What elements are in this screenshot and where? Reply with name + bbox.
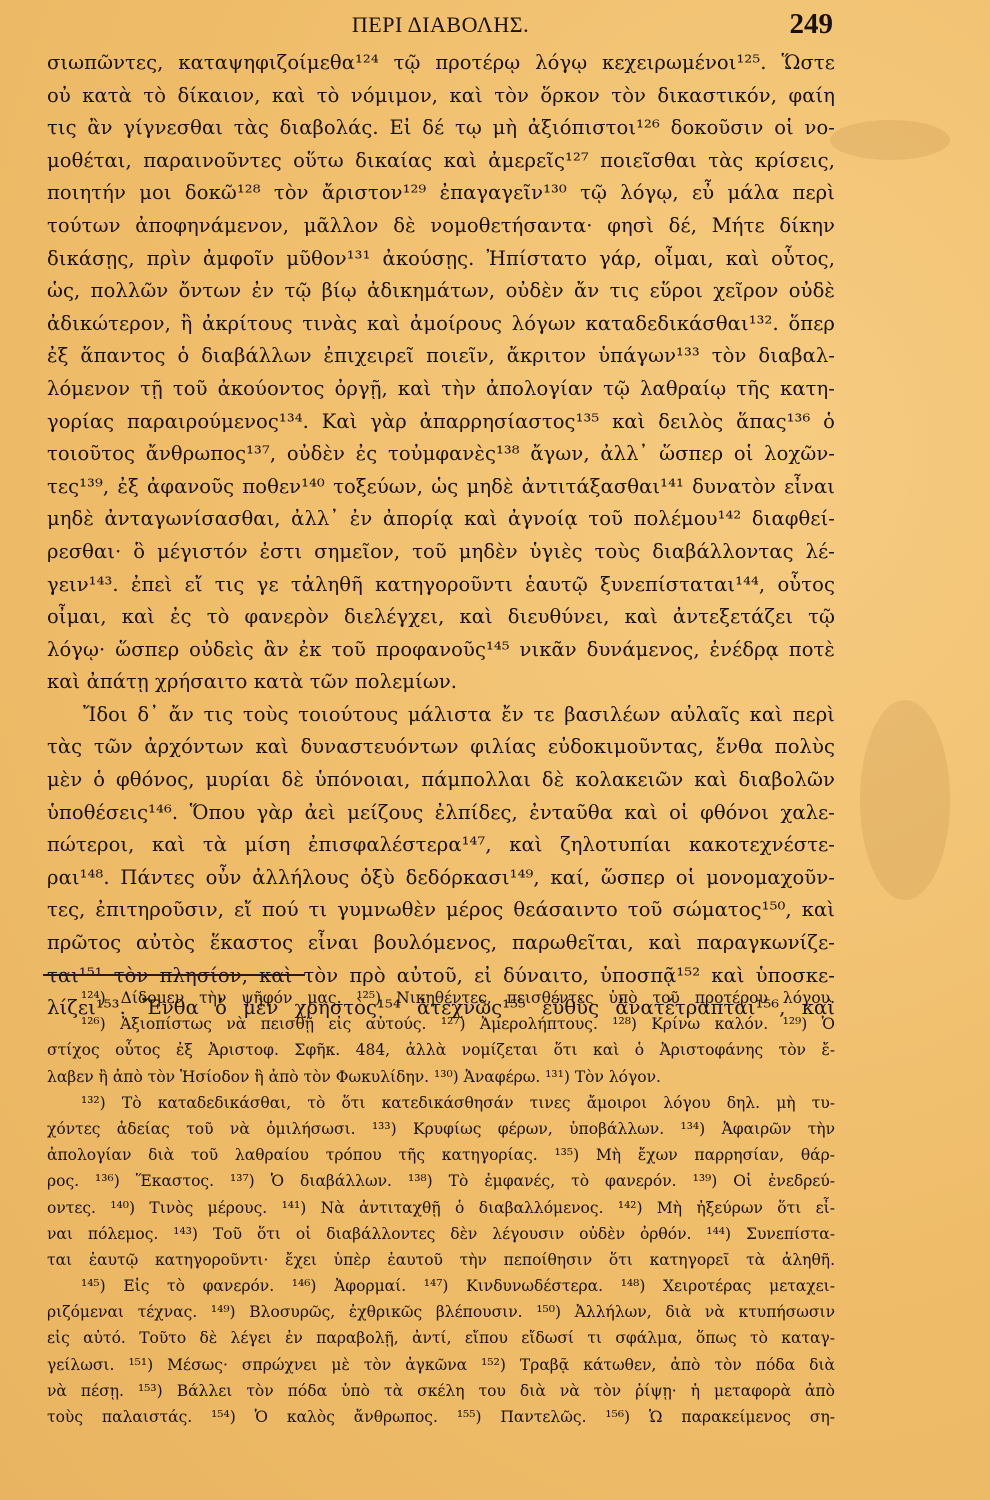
- text-line: ποιητήν μοι δοκῶ¹²⁸ τὸν ἄριστον¹²⁹ ἐπαγα…: [47, 177, 835, 210]
- text-line: οἶμαι, καὶ ἐς τὸ φανερὸν διελέγχει, καὶ …: [47, 601, 835, 634]
- text-line: σιωπῶντες, καταψηφιζοίμεθα¹²⁴ τῷ προτέρῳ…: [47, 47, 835, 80]
- main-text: σιωπῶντες, καταψηφιζοίμεθα¹²⁴ τῷ προτέρῳ…: [47, 47, 835, 1025]
- book-page: ΠΕΡΙ ΔΙΑΒΟΛΗΣ. 249 σιωπῶντες, καταψηφιζο…: [0, 0, 990, 1500]
- paper-stain: [830, 120, 950, 160]
- footnote-line: ριζόμεναι τέχνας. ¹⁴⁹) Βλοσυρῶς, ἐχθρικῶ…: [47, 1299, 835, 1325]
- footnote-line: λαβεν ἢ ἀπὸ τὸν Ἡσίοδον ἢ ἀπὸ τὸν Φωκυλί…: [47, 1064, 835, 1090]
- text-line: οὐ κατὰ τὸ δίκαιον, καὶ τὸ νόμιμον, καὶ …: [47, 80, 835, 113]
- page-header: ΠΕΡΙ ΔΙΑΒΟΛΗΣ. 249: [48, 8, 833, 44]
- text-line: ρεσθαι· ὃ μέγιστόν ἐστι σημεῖον, τοῦ μηδ…: [47, 536, 835, 569]
- text-line: ραι¹⁴⁸. Πάντες οὖν ἀλλήλους ὀξὺ δεδόρκασ…: [47, 862, 835, 895]
- footnote-line: γείλωσι. ¹⁵¹) Μέσως· σπρώχνει μὲ τὸν ἀγκ…: [47, 1352, 835, 1378]
- footnote-line: ¹²⁴) Δίδομεν τὴν ψῆφόν μας. ¹²⁵) Νικηθέν…: [47, 985, 835, 1011]
- text-line: ἐξ ἅπαντος ὁ διαβάλλων ἐπιχειρεῖ ποιεῖν,…: [47, 340, 835, 373]
- text-line: μηδὲ ἀνταγωνίσασθαι, ἀλλ᾽ ἐν ἀπορίᾳ καὶ …: [47, 503, 835, 536]
- text-line: ἀδικώτερον, ἢ ἀκρίτους τινὰς καὶ ἀμοίρου…: [47, 308, 835, 341]
- text-line: λόγῳ· ὥσπερ οὐδεὶς ἂν ἐκ τοῦ προφανοῦς¹⁴…: [47, 634, 835, 667]
- text-line: τοιοῦτος ἄνθρωπος¹³⁷, οὐδὲν ἐς τοὐμφανὲς…: [47, 438, 835, 471]
- footnote-line: τοὺς παλαιστάς. ¹⁵⁴) Ὁ καλὸς ἄνθρωπος. ¹…: [47, 1404, 835, 1430]
- text-line: γειν¹⁴³. ἐπεὶ εἴ τις γε τἀληθῆ κατηγοροῦ…: [47, 569, 835, 602]
- footnotes: ¹²⁴) Δίδομεν τὴν ψῆφόν μας. ¹²⁵) Νικηθέν…: [47, 985, 835, 1430]
- text-line: τες¹³⁹, ἐξ ἀφανοῦς ποθεν¹⁴⁰ τοξεύων, ὡς …: [47, 471, 835, 504]
- footnote-line: οντες. ¹⁴⁰) Τινὸς μέρους. ¹⁴¹) Νὰ ἀντιτα…: [47, 1195, 835, 1221]
- footnote-line: ¹²⁶) Ἀξιοπίστως νὰ πεισθῇ εἰς αὐτούς. ¹²…: [47, 1011, 835, 1037]
- footnote-line: ται ἑαυτῷ κατηγοροῦντι· ἔχει ὑπὲρ ἑαυτοῦ…: [47, 1247, 835, 1273]
- text-line: τούτων ἀποφηνάμενον, μᾶλλον δὲ νομοθετήσ…: [47, 210, 835, 243]
- footnote-line: ἀπολογίαν διὰ τοῦ λαθραίου τρόπου τῆς κα…: [47, 1142, 835, 1168]
- text-line: ὑποθέσεις¹⁴⁶. Ὅπου γὰρ ἀεὶ μείζους ἐλπίδ…: [47, 797, 835, 830]
- footnote-line: ναι πόλεμος. ¹⁴³) Τοῦ ὅτι οἱ διαβάλλοντε…: [47, 1221, 835, 1247]
- text-line: μοθέται, παραινοῦντες οὕτω δικαίας καὶ ἀ…: [47, 145, 835, 178]
- footnote-line: ρος. ¹³⁶) Ἕκαστος. ¹³⁷) Ὁ διαβάλλων. ¹³⁸…: [47, 1168, 835, 1194]
- running-title: ΠΕΡΙ ΔΙΑΒΟΛΗΣ.: [48, 12, 833, 38]
- text-line-paragraph-start: Ἴδοι δ᾽ ἄν τις τοὺς τοιούτους μάλιστα ἔν…: [47, 699, 835, 732]
- text-line: τες, ἐπιτηροῦσιν, εἴ πού τι γυμνωθὲν μέρ…: [47, 894, 835, 927]
- text-line: δικάσῃς, πρὶν ἀμφοῖν μῦθον¹³¹ ἀκούσῃς. Ἠ…: [47, 243, 835, 276]
- footnote-line: ¹⁴⁵) Εἰς τὸ φανερόν. ¹⁴⁶) Ἀφορμαί. ¹⁴⁷) …: [47, 1273, 835, 1299]
- paper-stain: [860, 700, 950, 900]
- footnote-line: ¹³²) Τὸ καταδεδικάσθαι, τὸ ὅτι κατεδικάσ…: [47, 1090, 835, 1116]
- text-line: τὰς τῶν ἀρχόντων καὶ δυναστευόντων φιλία…: [47, 731, 835, 764]
- text-line: πρῶτος αὐτὸς ἕκαστος εἶναι βουλόμενος, π…: [47, 927, 835, 960]
- text-line: τις ἂν γίγνεσθαι τὰς διαβολάς. Εἰ δέ τῳ …: [47, 112, 835, 145]
- footnote-line: στίχος οὗτος ἐξ Ἀριστοφ. Σφῆκ. 484, ἀλλὰ…: [47, 1037, 835, 1063]
- text-line: γορίας παραιρούμενος¹³⁴. Καὶ γὰρ ἀπαρρησ…: [47, 406, 835, 439]
- text-line: μὲν ὁ φθόνος, μυρίαι δὲ ὑπόνοιαι, πάμπολ…: [47, 764, 835, 797]
- footnote-line: εἰς αὐτό. Τοῦτο δὲ λέγει ἐν παραβολῇ, ἀν…: [47, 1325, 835, 1351]
- text-line: πώτεροι, καὶ τὰ μίση ἐπισφαλέστερα¹⁴⁷, κ…: [47, 829, 835, 862]
- page-number: 249: [790, 8, 834, 41]
- footnote-line: νὰ πέσῃ. ¹⁵³) Βάλλει τὸν πόδα ὑπὸ τὰ σκέ…: [47, 1378, 835, 1404]
- text-line: λόμενον τῇ τοῦ ἀκούοντος ὀργῇ, καὶ τὴν ἀ…: [47, 373, 835, 406]
- footnote-divider: [43, 974, 305, 976]
- text-line: ὡς, πολλῶν ὄντων ἐν τῷ βίῳ ἀδικημάτων, ο…: [47, 275, 835, 308]
- footnote-line: χόντες ἀδείας τοῦ νὰ ὁμιλήσωσι. ¹³³) Κρυ…: [47, 1116, 835, 1142]
- text-line: καὶ ἀπάτῃ χρήσαιτο κατὰ τῶν πολεμίων.: [47, 666, 835, 699]
